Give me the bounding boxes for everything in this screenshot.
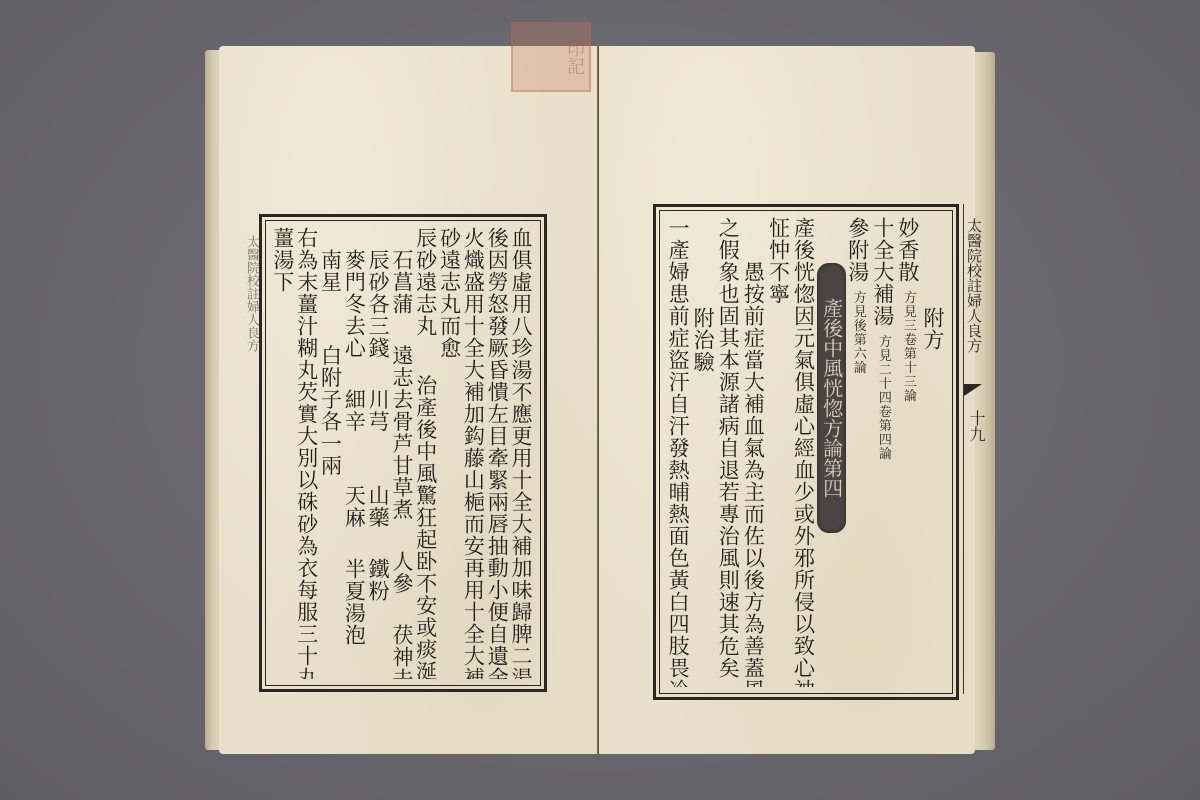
fish-tail-mark bbox=[964, 384, 982, 396]
text-column: 愚按前症當大補血氣為主而佐以後方為善蓋風乃虛極 bbox=[741, 217, 766, 687]
left-columns: 血俱虛用八珍湯不應更用十全大補加味歸脾二湯始應 後因勞怒發厥昏憒左目牽緊兩唇抽動… bbox=[272, 227, 534, 679]
text-column: 砂遠志丸而愈 bbox=[439, 227, 463, 679]
text-column: 血俱虛用八珍湯不應更用十全大補加味歸脾二湯始應 bbox=[510, 227, 534, 679]
text-column: 之假象也固其本源諸病自退若專治風則速其危矣 bbox=[716, 217, 741, 687]
formula-ref: 十全大補湯 方見二十四卷第四論 bbox=[871, 217, 896, 687]
preparation-column: 右為末薑汁糊丸芡實大別以硃砂為衣每服三十丸臨卧 bbox=[296, 227, 320, 679]
text-column: 附治驗 bbox=[691, 217, 716, 687]
ingredient-column: 南星 白附子各一兩 bbox=[320, 227, 344, 679]
left-page-margin: 太醫院校註婦人良方 bbox=[241, 221, 260, 681]
text-column: 怔忡不寧 bbox=[766, 217, 791, 687]
preparation-column: 薑湯下 bbox=[272, 227, 296, 679]
page-number: 十九 bbox=[965, 410, 988, 442]
right-page-margin: 太醫院校註婦人良方 十九 bbox=[963, 204, 984, 694]
left-page: 印記 太醫院校註婦人良方 血俱虛用八珍湯不應更用十全大補加味歸脾二湯始應 後因勞… bbox=[219, 46, 599, 754]
ingredient-column: 石菖蒲 遠志去骨芦甘草煮 人參 茯神去木 bbox=[391, 227, 415, 679]
margin-title: 太醫院校註婦人良方 bbox=[242, 235, 260, 352]
section-label: 附方 bbox=[921, 217, 946, 687]
right-text-frame: 附方 妙香散 方見三卷第十三論 十全大補湯 方見二十四卷第四論 參附湯 方見後第… bbox=[653, 204, 959, 700]
ingredient-column: 麥門冬去心 細辛 天麻 半夏湯泡 bbox=[344, 227, 368, 679]
formula-title-column: 辰砂遠志丸 治產後中風驚狂起卧不安或痰涎上湧 bbox=[415, 227, 439, 679]
open-book: 印記 太醫院校註婦人良方 血俱虛用八珍湯不應更用十全大補加味歸脾二湯始應 後因勞… bbox=[205, 42, 995, 760]
ingredient-column: 辰砂各三錢 川芎 山藥 鐵粉 bbox=[367, 227, 391, 679]
text-column: 後因勞怒發厥昏憒左目牽緊兩唇抽動小便自遺余為肝 bbox=[486, 227, 510, 679]
formula-name: 辰砂遠志丸 bbox=[415, 227, 438, 337]
formula-indication: 治產後中風驚狂起卧不安或痰涎上湧 bbox=[415, 374, 438, 679]
formula-ref: 參附湯 方見後第六論 bbox=[846, 217, 871, 687]
text-column: 產後恍惚因元氣俱虛心經血少或外邪所侵以致心神恍惚 bbox=[791, 217, 816, 687]
margin-title: 太醫院校註婦人良方 bbox=[965, 218, 983, 353]
right-columns: 附方 妙香散 方見三卷第十三論 十全大補湯 方見二十四卷第四論 參附湯 方見後第… bbox=[666, 217, 946, 687]
left-text-frame: 血俱虛用八珍湯不應更用十全大補加味歸脾二湯始應 後因勞怒發厥昏憒左目牽緊兩唇抽動… bbox=[259, 214, 547, 692]
text-column: 火熾盛用十全大補加鈎藤山梔而安再用十全大補湯辰 bbox=[463, 227, 487, 679]
chapter-banner: 產後中風恍惚方論第四 bbox=[817, 263, 846, 533]
red-seal-stamp: 印記 bbox=[511, 22, 591, 92]
text-column: 一產婦患前症盜汗自汗發熱晡熱面色黃白四肢畏冷此氣 bbox=[666, 217, 691, 687]
formula-ref: 妙香散 方見三卷第十三論 bbox=[896, 217, 921, 687]
